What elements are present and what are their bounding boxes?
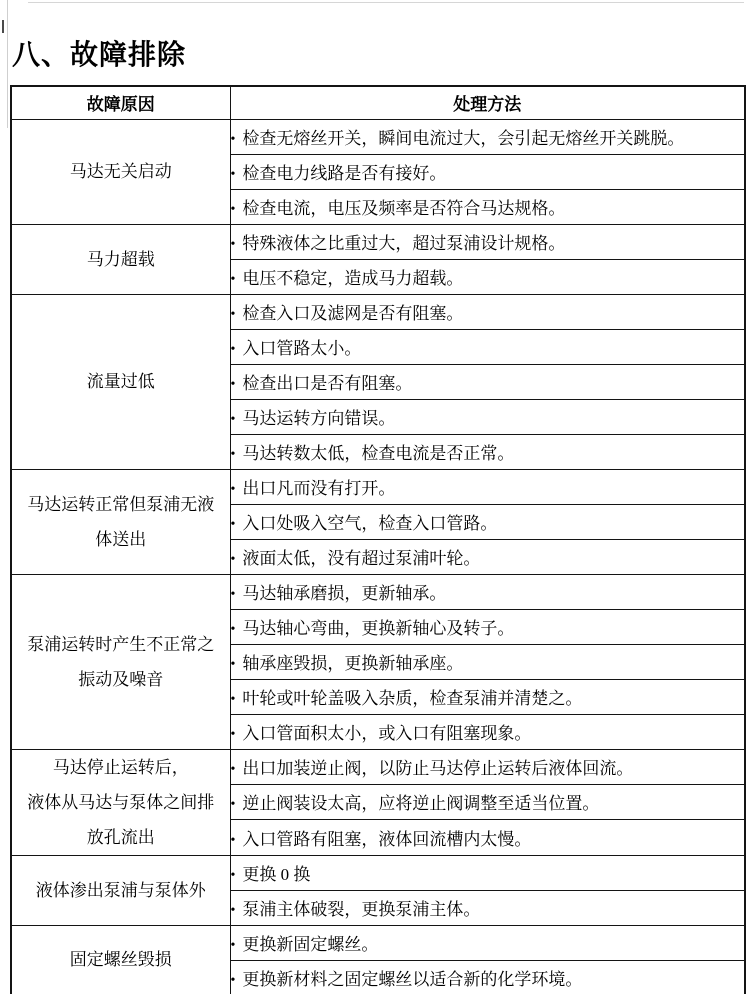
troubleshooting-table: 故障原因 处理方法 马达无关启动 •检查无熔丝开关，瞬间电流过大，会引起无熔丝开…	[10, 85, 746, 994]
remedy-text: 轴承座毁损，更换新轴承座。	[242, 654, 463, 673]
bullet-icon: •	[231, 272, 236, 288]
column-header-cause: 故障原因	[11, 86, 230, 119]
remedy-cell: •马达运转方向错误。	[230, 399, 745, 434]
remedy-cell: •叶轮或叶轮盖吸入杂质，检查泵浦并清楚之。	[230, 679, 745, 714]
remedy-text: 液面太低，没有超过泵浦叶轮。	[242, 549, 480, 568]
remedy-text: 特殊液体之比重过大，超过泵浦设计规格。	[242, 234, 565, 253]
scan-artifact-line	[28, 2, 744, 3]
bullet-icon: •	[231, 377, 236, 393]
table-row: 液体渗出泵浦与泵体外 •更换 0 换	[11, 855, 745, 890]
cause-cell: 马达运转正常但泵浦无液 体送出	[11, 469, 230, 574]
remedy-text: 马达转数太低，检查电流是否正常。	[242, 444, 514, 463]
remedy-text: 入口管路有阻塞，液体回流槽内太慢。	[242, 830, 531, 849]
remedy-cell: •入口管面积太小，或入口有阻塞现象。	[230, 714, 745, 749]
cause-cell: 马力超载	[11, 224, 230, 294]
table-row: 马达无关启动 •检查无熔丝开关，瞬间电流过大，会引起无熔丝开关跳脱。	[11, 119, 745, 154]
cause-cell: 马达停止运转后， 液体从马达与泵体之间排 放孔流出	[11, 749, 230, 855]
table-row: 马达运转正常但泵浦无液 体送出 •出口凡而没有打开。	[11, 469, 745, 504]
remedy-text: 马达轴承磨损，更新轴承。	[242, 584, 446, 603]
bullet-icon: •	[231, 482, 236, 498]
remedy-cell: •检查无熔丝开关，瞬间电流过大，会引起无熔丝开关跳脱。	[230, 119, 745, 154]
remedy-cell: •入口处吸入空气，检查入口管路。	[230, 504, 745, 539]
table-row: 马达停止运转后， 液体从马达与泵体之间排 放孔流出 •出口加装逆止阀，以防止马达…	[11, 749, 745, 784]
bullet-icon: •	[231, 762, 236, 778]
remedy-cell: •电压不稳定，造成马力超载。	[230, 259, 745, 294]
bullet-icon: •	[231, 447, 236, 463]
bullet-icon: •	[231, 412, 236, 428]
remedy-cell: •检查电力线路是否有接好。	[230, 154, 745, 189]
remedy-text: 马达运转方向错误。	[242, 409, 395, 428]
table-row: 马力超载 •特殊液体之比重过大，超过泵浦设计规格。	[11, 224, 745, 259]
remedy-text: 入口管路太小。	[242, 339, 361, 358]
remedy-cell: •入口管路太小。	[230, 329, 745, 364]
table-header-row: 故障原因 处理方法	[11, 86, 745, 119]
bullet-icon: •	[231, 622, 236, 638]
remedy-cell: •出口凡而没有打开。	[230, 469, 745, 504]
bullet-icon: •	[231, 307, 236, 323]
remedy-cell: •马达轴承磨损，更新轴承。	[230, 574, 745, 609]
table-row: 泵浦运转时产生不正常之 振动及噪音 •马达轴承磨损，更新轴承。	[11, 574, 745, 609]
bullet-icon: •	[231, 973, 236, 989]
remedy-text: 检查电力线路是否有接好。	[242, 164, 446, 183]
remedy-cell: •特殊液体之比重过大，超过泵浦设计规格。	[230, 224, 745, 259]
table-row: 固定螺丝毁损 •更换新固定螺丝。	[11, 925, 745, 960]
remedy-cell: •轴承座毁损，更换新轴承座。	[230, 644, 745, 679]
remedy-cell: •更换新固定螺丝。	[230, 925, 745, 960]
remedy-text: 检查无熔丝开关，瞬间电流过大，会引起无熔丝开关跳脱。	[242, 129, 684, 148]
remedy-text: 叶轮或叶轮盖吸入杂质，检查泵浦并清楚之。	[242, 689, 582, 708]
bullet-icon: •	[231, 517, 236, 533]
remedy-text: 出口加装逆止阀，以防止马达停止运转后液体回流。	[242, 759, 633, 778]
remedy-text: 入口管面积太小，或入口有阻塞现象。	[242, 724, 531, 743]
remedy-cell: •检查出口是否有阻塞。	[230, 364, 745, 399]
remedy-cell: •检查入口及滤网是否有阻塞。	[230, 294, 745, 329]
cause-cell: 液体渗出泵浦与泵体外	[11, 855, 230, 925]
cause-cell: 固定螺丝毁损	[11, 925, 230, 994]
bullet-icon: •	[231, 903, 236, 919]
remedy-cell: •检查电流，电压及频率是否符合马达规格。	[230, 189, 745, 224]
bullet-icon: •	[231, 552, 236, 568]
remedy-cell: •出口加装逆止阀，以防止马达停止运转后液体回流。	[230, 749, 745, 784]
bullet-icon: •	[231, 587, 236, 603]
column-header-remedy: 处理方法	[230, 86, 745, 119]
bullet-icon: •	[231, 342, 236, 358]
scan-artifact-line	[7, 0, 8, 128]
remedy-text: 泵浦主体破裂，更换泵浦主体。	[242, 900, 480, 919]
bullet-icon: •	[231, 833, 236, 849]
bullet-icon: •	[231, 657, 236, 673]
remedy-text: 检查电流，电压及频率是否符合马达规格。	[242, 199, 565, 218]
bullet-icon: •	[231, 167, 236, 183]
remedy-text: 电压不稳定，造成马力超载。	[242, 269, 463, 288]
remedy-text: 马达轴心弯曲，更换新轴心及转子。	[242, 619, 514, 638]
bullet-icon: •	[231, 797, 236, 813]
bullet-icon: •	[231, 132, 236, 148]
bullet-icon: •	[231, 692, 236, 708]
remedy-cell: •马达转数太低，检查电流是否正常。	[230, 434, 745, 469]
remedy-cell: •泵浦主体破裂，更换泵浦主体。	[230, 890, 745, 925]
remedy-cell: •更换新材料之固定螺丝以适合新的化学环境。	[230, 960, 745, 994]
remedy-text: 出口凡而没有打开。	[242, 479, 395, 498]
cause-cell: 流量过低	[11, 294, 230, 469]
remedy-text: 检查出口是否有阻塞。	[242, 374, 412, 393]
cause-cell: 马达无关启动	[11, 119, 230, 224]
remedy-cell: •更换 0 换	[230, 855, 745, 890]
remedy-text: 更换 0 换	[242, 865, 310, 884]
remedy-text: 更换新材料之固定螺丝以适合新的化学环境。	[242, 970, 582, 989]
remedy-text: 逆止阀装设太高，应将逆止阀调整至适当位置。	[242, 794, 599, 813]
bullet-icon: •	[231, 202, 236, 218]
remedy-cell: •逆止阀装设太高，应将逆止阀调整至适当位置。	[230, 784, 745, 819]
bullet-icon: •	[231, 237, 236, 253]
bullet-icon: •	[231, 727, 236, 743]
remedy-cell: •马达轴心弯曲，更换新轴心及转子。	[230, 609, 745, 644]
remedy-text: 更换新固定螺丝。	[242, 935, 378, 954]
section-title: 八、故障排除	[12, 33, 186, 73]
bullet-icon: •	[231, 868, 236, 884]
cause-cell: 泵浦运转时产生不正常之 振动及噪音	[11, 574, 230, 749]
table-row: 流量过低 •检查入口及滤网是否有阻塞。	[11, 294, 745, 329]
scan-artifact-mark	[2, 20, 4, 33]
remedy-cell: •入口管路有阻塞，液体回流槽内太慢。	[230, 820, 745, 855]
remedy-cell: •液面太低，没有超过泵浦叶轮。	[230, 539, 745, 574]
document-page: 八、故障排除 故障原因 处理方法 马达无关启动 •检查无熔丝开关，瞬间电流过大，…	[0, 0, 750, 994]
remedy-text: 检查入口及滤网是否有阻塞。	[242, 304, 463, 323]
bullet-icon: •	[231, 938, 236, 954]
remedy-text: 入口处吸入空气，检查入口管路。	[242, 514, 497, 533]
